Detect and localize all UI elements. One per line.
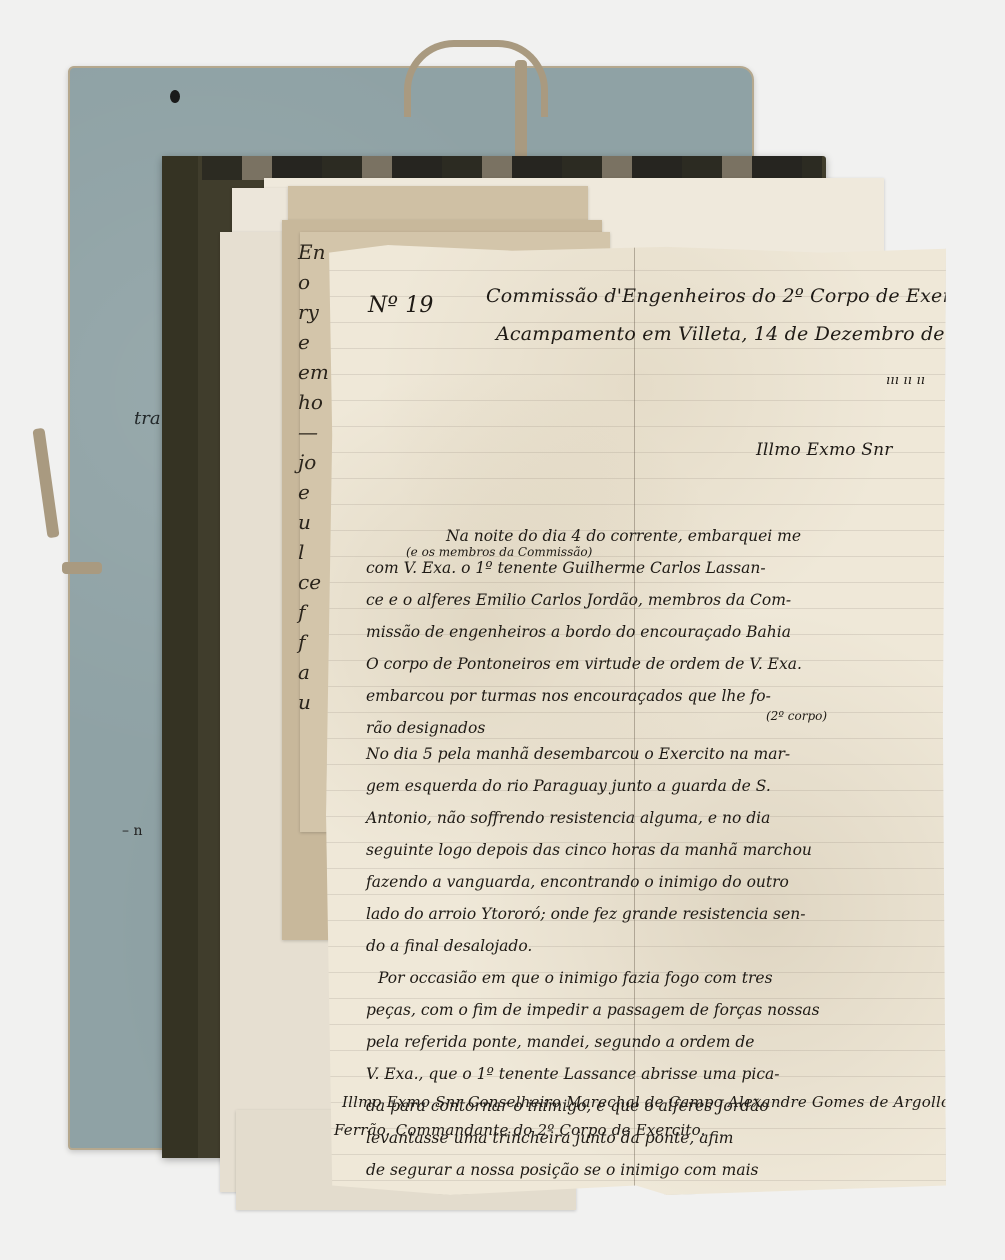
side-script-text: f: [298, 600, 305, 624]
folder-hole: [170, 90, 180, 103]
side-script-text: ce: [298, 570, 321, 594]
string-tail: [515, 60, 527, 164]
side-script-text: e: [298, 330, 310, 354]
body-line: do a final desalojado.: [366, 937, 532, 955]
body-line: fazendo a vanguarda, encontrando o inimi…: [366, 873, 789, 891]
manuscript-letter: Nº 19 Commissão d'Engenheiros do 2º Corp…: [326, 245, 946, 1195]
book-edge-wear: [202, 156, 822, 180]
body-line: Na noite do dia 4 do corrente, embarquei…: [446, 527, 801, 545]
body-line: Por occasião em que o inimigo fazia fogo…: [378, 969, 773, 987]
letter-number: Nº 19: [368, 293, 434, 318]
body-line: Antonio, não soffrendo resistencia algum…: [366, 809, 770, 827]
body-line: V. Exa., que o 1º tenente Lassance abris…: [366, 1065, 780, 1083]
interlinear-note: (2º corpo): [766, 709, 827, 723]
side-script-text: em: [298, 360, 329, 384]
side-script-text: l: [298, 540, 304, 564]
side-script-text: u: [298, 510, 311, 534]
body-line: missão de engenheiros a bordo do encoura…: [366, 623, 791, 641]
body-line: rão designados: [366, 719, 485, 737]
side-script-text: En: [298, 240, 325, 264]
side-script-text: jo: [298, 450, 316, 474]
side-string-knot: [62, 562, 102, 574]
body-line: seguinte logo depois das cinco horas da …: [366, 841, 812, 859]
side-script-text: f: [298, 630, 305, 654]
side-script-text: o: [298, 270, 310, 294]
side-script-text: u: [298, 690, 311, 714]
side-script-text: a: [298, 660, 310, 684]
body-line: embarcou por turmas nos encouraçados que…: [366, 687, 771, 705]
folder-label: tra: [134, 408, 161, 429]
folder-mark: – n: [122, 823, 142, 839]
side-script-text: e: [298, 480, 310, 504]
letter-salutation: Illmo Exmo Snr: [756, 440, 893, 460]
body-line: No dia 5 pela manhã desembarcou o Exerci…: [366, 745, 790, 763]
body-line: peças, com o fim de impedir a passagem d…: [366, 1001, 820, 1019]
body-line: ce e o alferes Emilio Carlos Jordão, mem…: [366, 591, 791, 609]
letter-place-date: Acampamento em Villeta, 14 de Dezembro d…: [496, 323, 1000, 345]
side-script-text: ry: [298, 300, 319, 324]
side-script-text: ho: [298, 390, 323, 414]
side-string: [32, 428, 59, 539]
body-line: gem esquerda do rio Paraguay junto a gua…: [366, 777, 771, 795]
interlinear-note: (e os membros da Commissão): [406, 545, 592, 559]
book-spine: [162, 156, 198, 1158]
body-line: com V. Exa. o 1º tenente Guilherme Carlo…: [366, 559, 766, 577]
body-line: de segurar a nossa posição se o inimigo …: [366, 1161, 758, 1179]
letter-addressee-title: Ferrão. Commandante do 2º Corpo de Exerc…: [334, 1121, 706, 1139]
side-script-text: —: [298, 420, 318, 444]
letter-fold-crease: [634, 245, 635, 1195]
body-line: O corpo de Pontoneiros em virtude de ord…: [366, 655, 802, 673]
body-line: pela referida ponte, mandei, segundo a o…: [366, 1033, 754, 1051]
letter-marks: ııı ıı ıı: [886, 373, 925, 388]
letter-addressee: Illmo Exmo Snr Conselheiro Marechal de C…: [342, 1093, 950, 1111]
body-line: lado do arroio Ytororó; onde fez grande …: [366, 905, 806, 923]
letter-heading: Commissão d'Engenheiros do 2º Corpo de E…: [486, 285, 988, 307]
